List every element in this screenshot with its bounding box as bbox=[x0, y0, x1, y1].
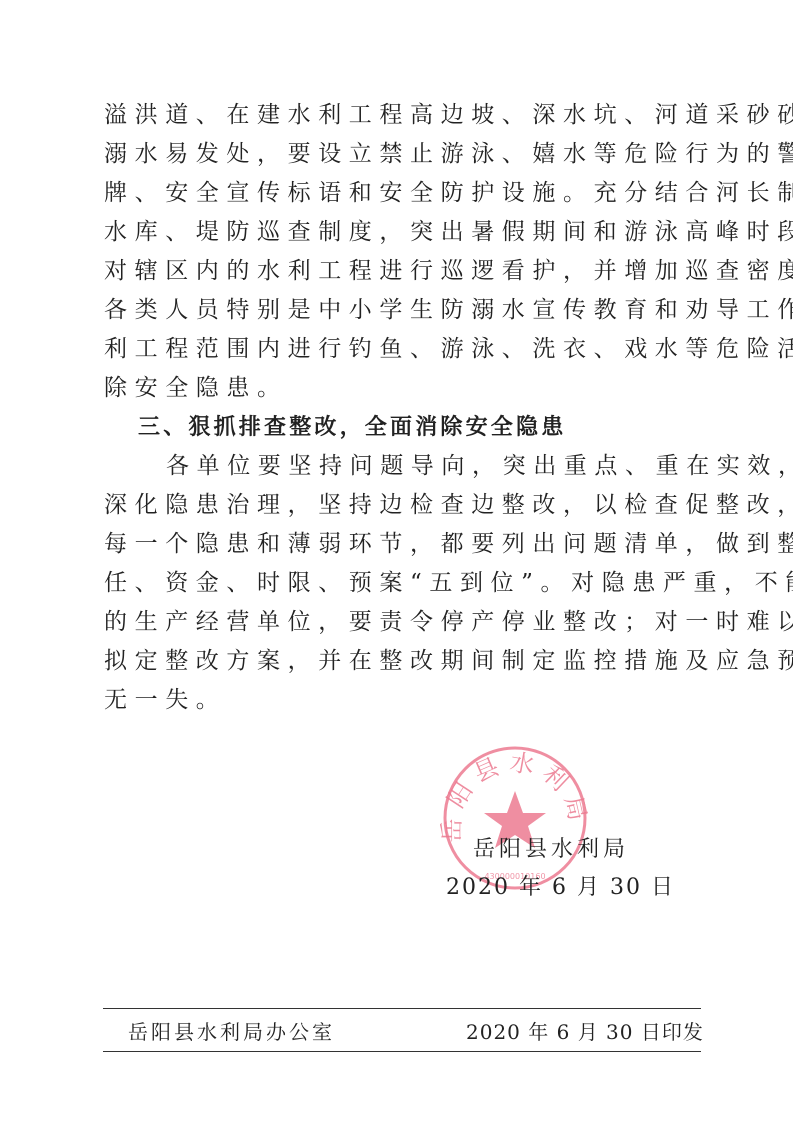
footer-top-rule bbox=[103, 1008, 701, 1009]
body-line: 牌、安全宣传标语和安全防护设施。充分结合河长制、湖长制和 bbox=[104, 174, 704, 213]
footer-issuer: 岳阳县水利局办公室 bbox=[128, 1016, 335, 1045]
section-line: 深化隐患治理，坚持边检查边整改，以检查促整改，对排查出的 bbox=[104, 486, 704, 525]
section-line: 的生产经营单位，要责令停产停业整改；对一时难以整改的，要 bbox=[104, 603, 704, 642]
section-line: 各单位要坚持问题导向，突出重点、重在实效，统筹安排， bbox=[104, 447, 704, 486]
document-page: 溢洪道、在建水利工程高边坡、深水坑、河道采砂砂坑、砂槽等 溺水易发处，要设立禁止… bbox=[0, 0, 793, 1122]
body-line: 各类人员特别是中小学生防溺水宣传教育和劝导工作，严禁在水 bbox=[104, 291, 704, 330]
signature-date: 2020 年 6 月 30 日 bbox=[446, 870, 675, 901]
body-line: 利工程范围内进行钓鱼、游泳、洗衣、戏水等危险活动，及时消 bbox=[104, 330, 704, 369]
section-line: 任、资金、时限、预案“五到位”。对隐患严重，不能保证安全 bbox=[104, 564, 704, 603]
section-line: 无一失。 bbox=[104, 681, 704, 720]
section-line: 拟定整改方案，并在整改期间制定监控措施及应急预案，确保万 bbox=[104, 642, 704, 681]
signature-organization: 岳阳县水利局 bbox=[473, 832, 629, 863]
body-line: 溢洪道、在建水利工程高边坡、深水坑、河道采砂砂坑、砂槽等 bbox=[104, 96, 704, 135]
body-line: 对辖区内的水利工程进行巡逻看护，并增加巡查密度，切实做好 bbox=[104, 252, 704, 291]
footer-issue-date: 2020 年 6 月 30 日印发 bbox=[466, 1016, 704, 1045]
body-line: 溺水易发处，要设立禁止游泳、嬉水等危险行为的警示标志、标 bbox=[104, 135, 704, 174]
body-line: 除安全隐患。 bbox=[104, 369, 704, 408]
section-line: 每一个隐患和薄弱环节，都要列出问题清单，做到整改措施、责 bbox=[104, 525, 704, 564]
section-heading: 三、狠抓排查整改，全面消除安全隐患 bbox=[104, 408, 704, 447]
body-line: 水库、堤防巡查制度，突出暑假期间和游泳高峰时段，安排专人 bbox=[104, 213, 704, 252]
document-body: 溢洪道、在建水利工程高边坡、深水坑、河道采砂砂坑、砂槽等 溺水易发处，要设立禁止… bbox=[104, 96, 704, 720]
footer-bottom-rule bbox=[103, 1051, 701, 1052]
